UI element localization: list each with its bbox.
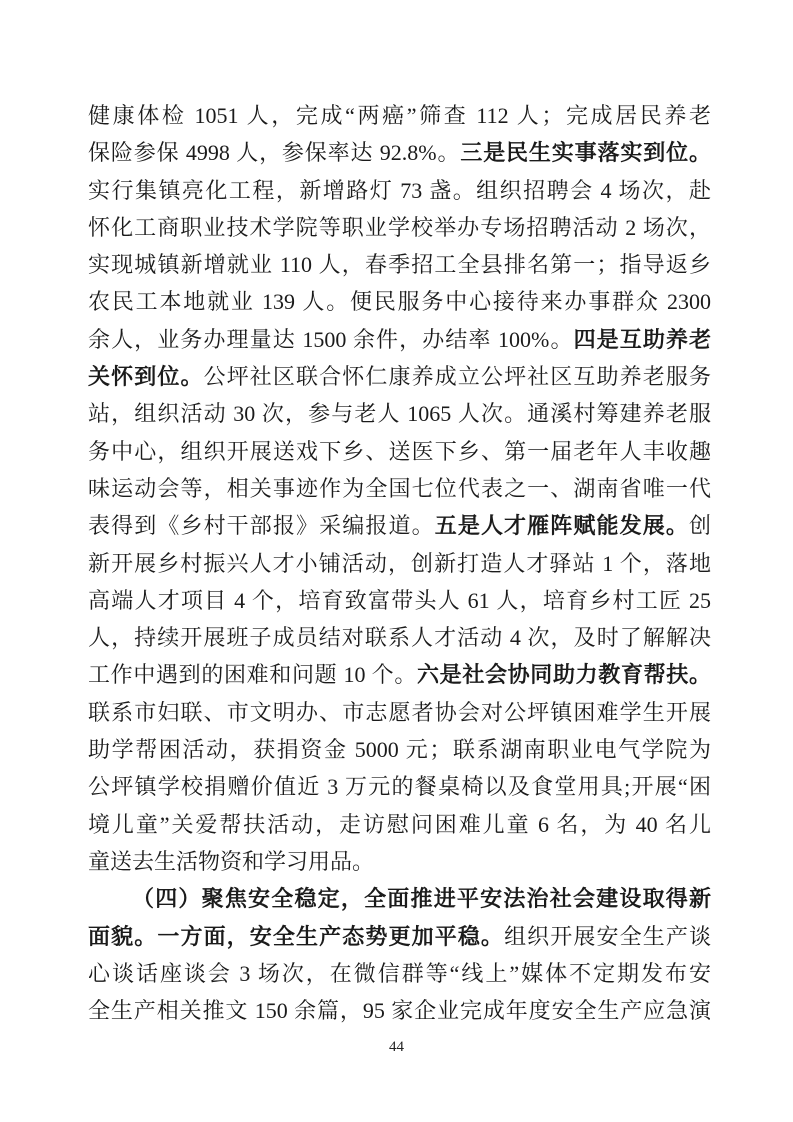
- body-text: 助学帮困活动，获捐资金 5000 元；联系湖南职业电气学院为: [88, 737, 711, 762]
- body-text: 务中心，组织开展送戏下乡、送医下乡、第一届老年人丰收趣: [88, 439, 711, 464]
- text-line: 助学帮困活动，获捐资金 5000 元；联系湖南职业电气学院为: [88, 731, 711, 768]
- text-line: 高端人才项目 4 个，培育致富带头人 61 人，培育乡村工匠 25: [88, 582, 711, 619]
- body-text: 人，持续开展班子成员结对联系人才活动 4 次，及时了解解决: [88, 625, 711, 650]
- text-line: （四）聚焦安全稳定，全面推进平安法治社会建设取得新: [88, 880, 711, 917]
- body-text: 组织开展安全生产谈: [504, 924, 711, 949]
- page-number: 44: [0, 1037, 793, 1057]
- text-line: 童送去生活物资和学习用品。: [88, 843, 711, 880]
- body-text: 工作中遇到的困难和问题 10 个。: [88, 662, 417, 687]
- text-block: 健康体检 1051 人，完成“两癌”筛查 112 人；完成居民养老保险参保 49…: [88, 97, 711, 1029]
- body-text: 新开展乡村振兴人才小铺活动，创新打造人才驿站 1 个，落地: [88, 551, 711, 576]
- body-text: 味运动会等，相关事迹作为全国七位代表之一、湖南省唯一代: [88, 476, 711, 501]
- text-line: 关怀到位。公坪社区联合怀仁康养成立公坪社区互助养老服务: [88, 358, 711, 395]
- text-line: 境儿童”关爱帮扶活动，走访慰问困难儿童 6 名，为 40 名儿: [88, 806, 711, 843]
- text-line: 余人，业务办理量达 1500 余件，办结率 100%。四是互助养老: [88, 321, 711, 358]
- text-line: 工作中遇到的困难和问题 10 个。六是社会协同助力教育帮扶。: [88, 656, 711, 693]
- text-line: 怀化工商职业技术学院等职业学校举办专场招聘活动 2 场次，: [88, 209, 711, 246]
- text-line: 新开展乡村振兴人才小铺活动，创新打造人才驿站 1 个，落地: [88, 545, 711, 582]
- body-text: 创: [689, 513, 711, 538]
- body-text: 保险参保 4998 人，参保率达 92.8%。: [88, 140, 460, 165]
- body-text: 表得到《乡村干部报》采编报道。: [88, 513, 435, 538]
- body-text: 实现城镇新增就业 110 人，春季招工全县排名第一；指导返乡: [88, 252, 711, 277]
- body-text: 怀化工商职业技术学院等职业学校举办专场招聘活动 2 场次，: [88, 215, 711, 240]
- document-page: 健康体检 1051 人，完成“两癌”筛查 112 人；完成居民养老保险参保 49…: [0, 0, 793, 1122]
- body-text: 全生产相关推文 150 余篇，95 家企业完成年度安全生产应急演: [88, 998, 711, 1023]
- text-line: 心谈话座谈会 3 场次，在微信群等“线上”媒体不定期发布安: [88, 955, 711, 992]
- body-text: 实行集镇亮化工程，新增路灯 73 盏。组织招聘会 4 场次，赴: [88, 178, 711, 203]
- text-line: 联系市妇联、市文明办、市志愿者协会对公坪镇困难学生开展: [88, 694, 711, 731]
- body-text: 高端人才项目 4 个，培育致富带头人 61 人，培育乡村工匠 25: [88, 588, 711, 613]
- text-line: 人，持续开展班子成员结对联系人才活动 4 次，及时了解解决: [88, 619, 711, 656]
- emphasis-text: 一方面，安全生产态势更加平稳。: [157, 924, 504, 949]
- text-line: 农民工本地就业 139 人。便民服务中心接待来办事群众 2300: [88, 283, 711, 320]
- emphasis-text: 六是社会协同助力教育帮扶。: [417, 662, 711, 687]
- text-line: 实现城镇新增就业 110 人，春季招工全县排名第一；指导返乡: [88, 246, 711, 283]
- text-line: 站，组织活动 30 次，参与老人 1065 人次。通溪村筹建养老服: [88, 395, 711, 432]
- body-text: 农民工本地就业 139 人。便民服务中心接待来办事群众 2300: [88, 289, 711, 314]
- body-text: 童送去生活物资和学习用品。: [88, 849, 374, 874]
- emphasis-text: 五是人才雁阵赋能发展。: [435, 513, 689, 538]
- body-text: 心谈话座谈会 3 场次，在微信群等“线上”媒体不定期发布安: [88, 961, 711, 986]
- text-line: 味运动会等，相关事迹作为全国七位代表之一、湖南省唯一代: [88, 470, 711, 507]
- emphasis-text: 三是民生实事落实到位。: [460, 140, 711, 165]
- text-line: 务中心，组织开展送戏下乡、送医下乡、第一届老年人丰收趣: [88, 433, 711, 470]
- emphasis-text: 四是互助养老: [574, 327, 711, 352]
- body-text: 公坪镇学校捐赠价值近 3 万元的餐桌椅以及食堂用具;开展“困: [88, 774, 711, 799]
- text-line: 全生产相关推文 150 余篇，95 家企业完成年度安全生产应急演: [88, 992, 711, 1029]
- body-text: 站，组织活动 30 次，参与老人 1065 人次。通溪村筹建养老服: [88, 401, 711, 426]
- emphasis-text: （四）聚焦安全稳定，全面推进平安法治社会建设取得新: [132, 886, 711, 911]
- body-text: 公坪社区联合怀仁康养成立公坪社区互助养老服务: [204, 364, 711, 389]
- body-text: 联系市妇联、市文明办、市志愿者协会对公坪镇困难学生开展: [88, 700, 711, 725]
- emphasis-text: 面貌。: [88, 924, 157, 949]
- body-text: 健康体检 1051 人，完成“两癌”筛查 112 人；完成居民养老: [88, 103, 711, 128]
- body-text: 境儿童”关爱帮扶活动，走访慰问困难儿童 6 名，为 40 名儿: [88, 812, 711, 837]
- text-line: 实行集镇亮化工程，新增路灯 73 盏。组织招聘会 4 场次，赴: [88, 172, 711, 209]
- text-line: 公坪镇学校捐赠价值近 3 万元的餐桌椅以及食堂用具;开展“困: [88, 768, 711, 805]
- text-line: 面貌。一方面，安全生产态势更加平稳。组织开展安全生产谈: [88, 918, 711, 955]
- text-line: 表得到《乡村干部报》采编报道。五是人才雁阵赋能发展。创: [88, 507, 711, 544]
- text-line: 健康体检 1051 人，完成“两癌”筛查 112 人；完成居民养老: [88, 97, 711, 134]
- emphasis-text: 关怀到位。: [88, 364, 204, 389]
- body-text: 余人，业务办理量达 1500 余件，办结率 100%。: [88, 327, 574, 352]
- text-line: 保险参保 4998 人，参保率达 92.8%。三是民生实事落实到位。: [88, 134, 711, 171]
